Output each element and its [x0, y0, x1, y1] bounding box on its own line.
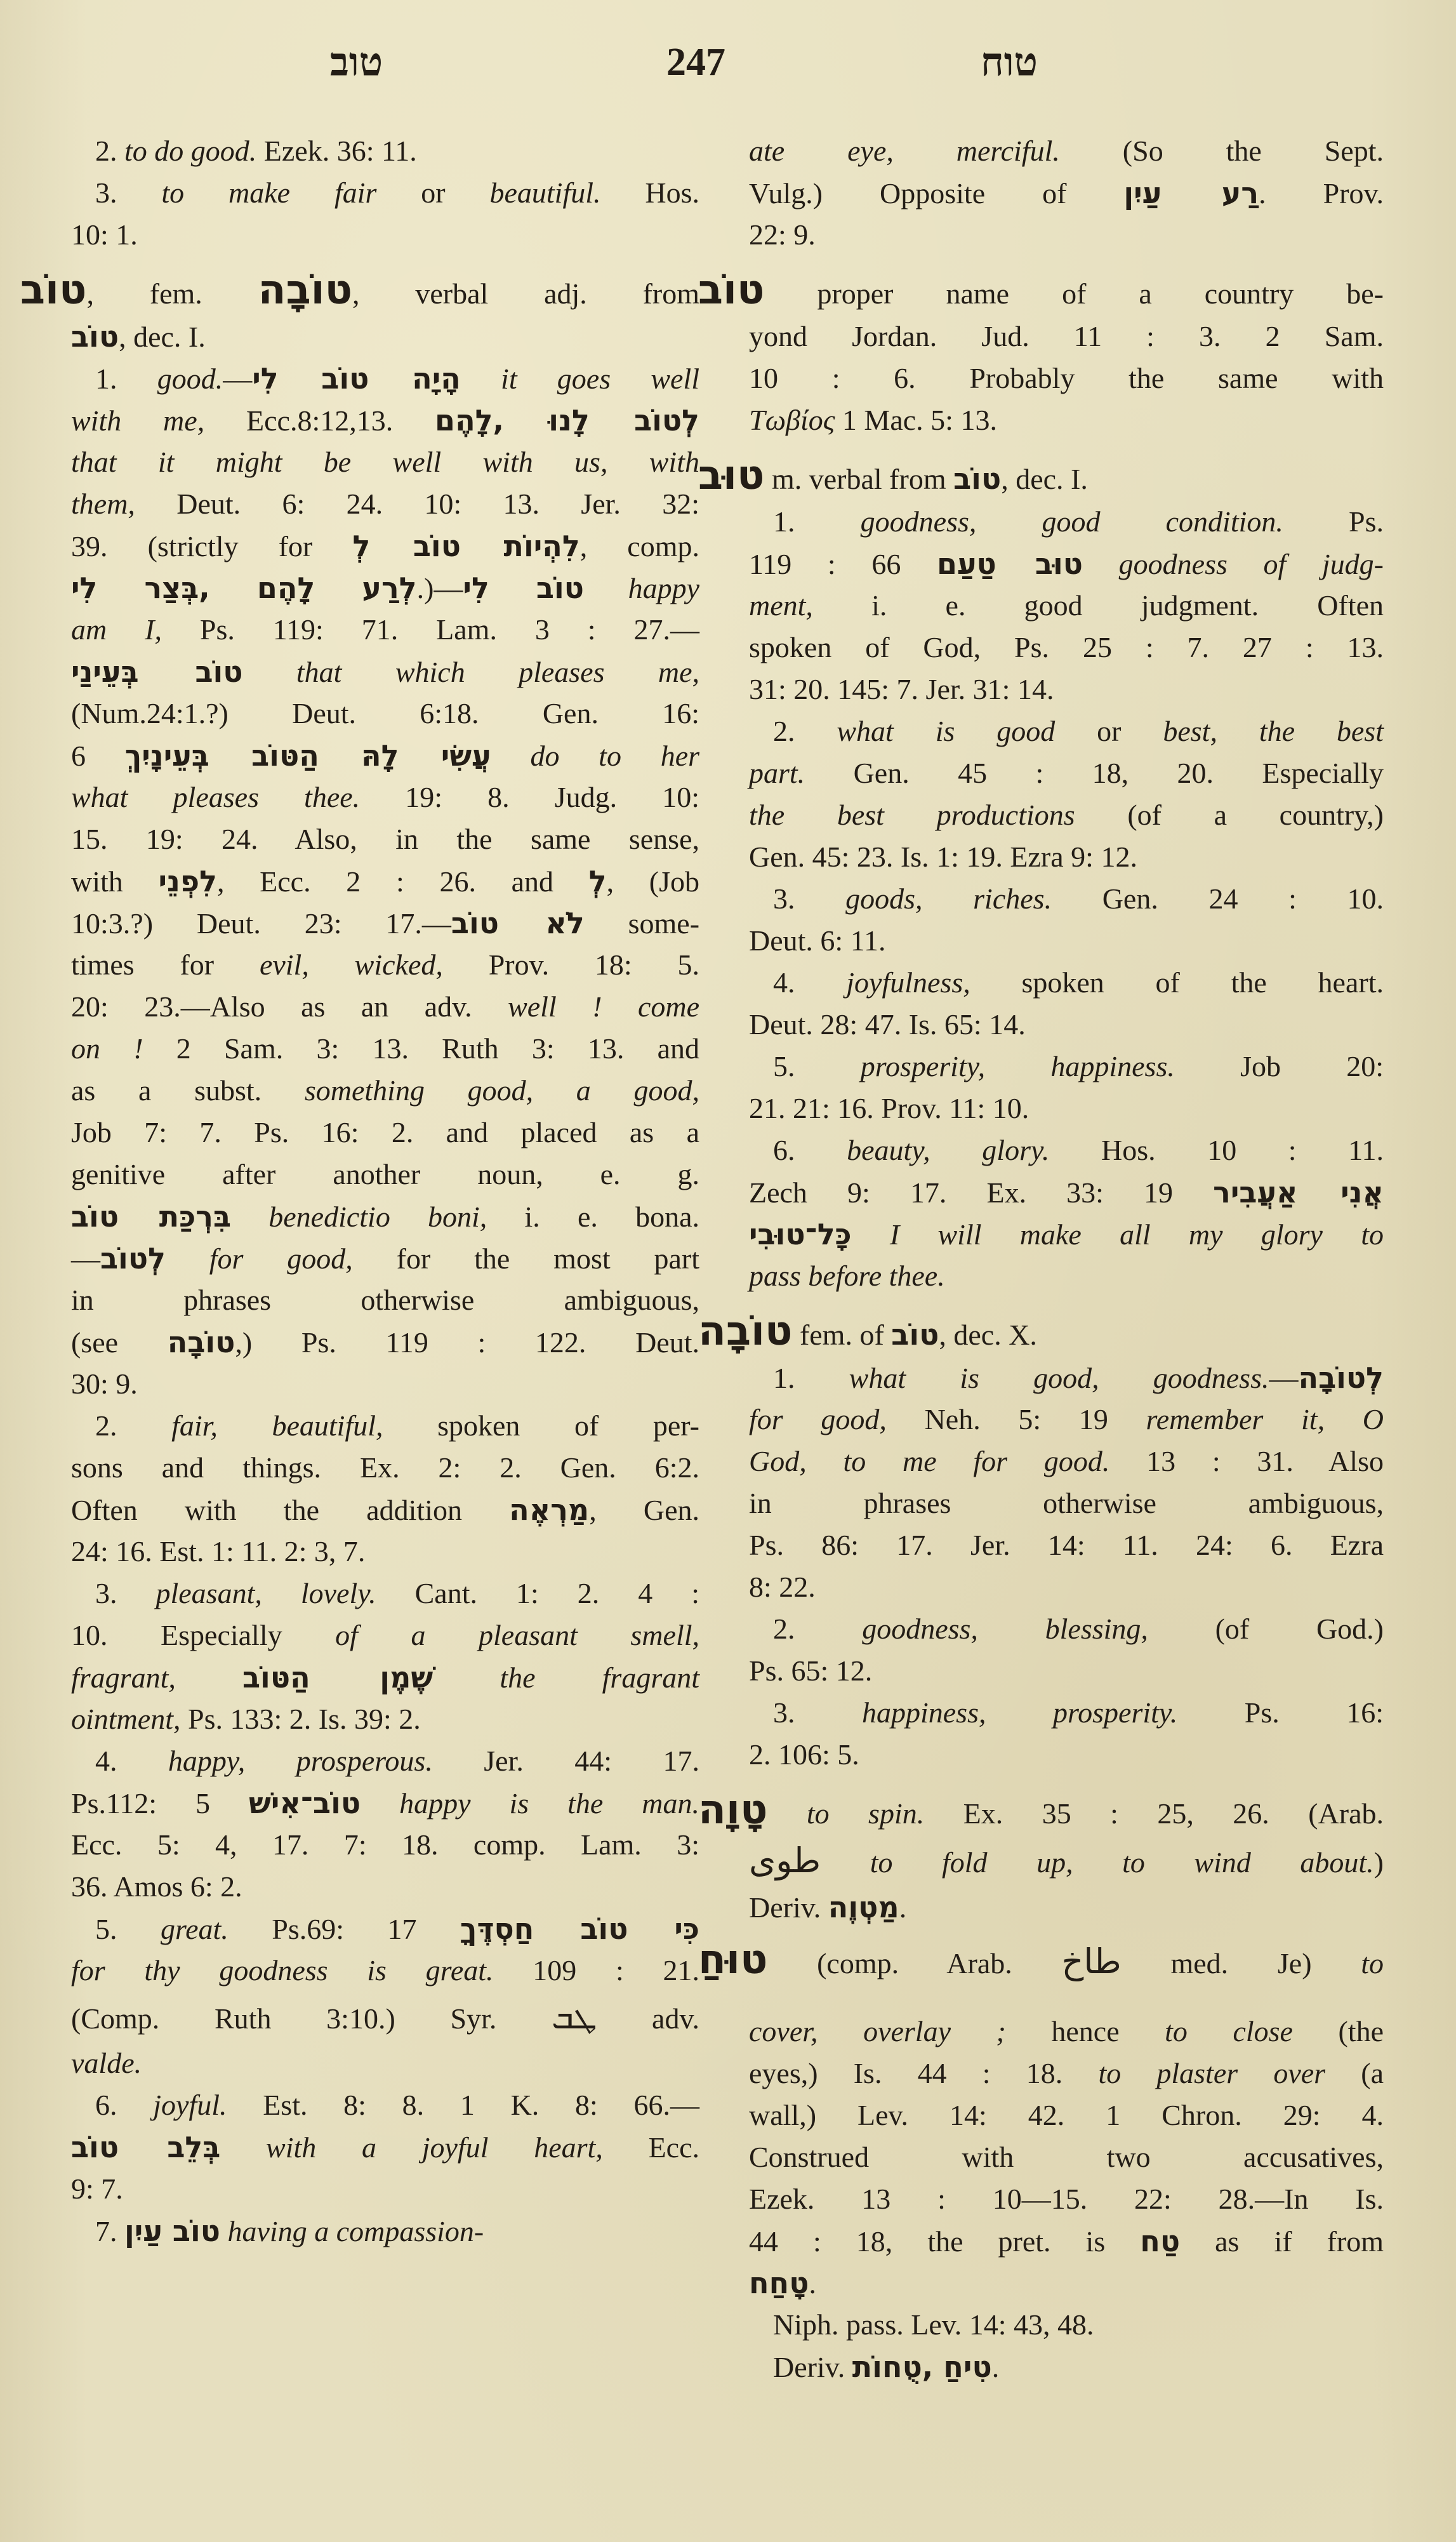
- text-line: 10: 1.: [71, 214, 699, 256]
- text-line: 3. happiness, prosperity. Ps. 16:: [749, 1692, 1384, 1734]
- text-line: Gen. 45: 23. Is. 1: 19. Ezra 9: 12.: [749, 836, 1384, 878]
- text-line: 15. 19: 24. Also, in the same sense,: [71, 818, 699, 860]
- text-line: 119 : 66 טוּב טַעַם goodness of judg-: [749, 543, 1384, 585]
- text-line: on ! 2 Sam. 3: 13. Ruth 3: 13. and: [71, 1028, 699, 1070]
- text-line: 2. goodness, blessing, (of God.): [749, 1608, 1384, 1650]
- text-line: 6 עֲשִׂי לָהּ הַטּוֹב בְּעֵינָיִךְ do to…: [71, 735, 699, 776]
- text-line: as a subst. something good, a good,: [71, 1070, 699, 1112]
- text-line: pass before thee.: [749, 1255, 1384, 1297]
- text-line: טָחַח.: [749, 2262, 1384, 2304]
- text-line: 4. joyfulness, spoken of the heart.: [749, 962, 1384, 1004]
- text-line: eyes,) Is. 44 : 18. to plaster over (a: [749, 2053, 1384, 2094]
- text-line: Construed with two accusatives,: [749, 2136, 1384, 2178]
- text-line: טוֹב, fem. טוֹבָה, verbal adj. from: [20, 265, 699, 316]
- text-line: fragrant, שֶׁמֶן הַטּוֹב the fragrant: [71, 1656, 699, 1698]
- text-line: 1. good.—הָיָה טוֹב לִי it goes well: [71, 357, 699, 399]
- text-line: 31: 20. 145: 7. Jer. 31: 14.: [749, 669, 1384, 710]
- text-line: Often with the addition מַרְאֶה, Gen.: [71, 1489, 699, 1531]
- text-line: for good, Neh. 5: 19 remember it, O: [749, 1399, 1384, 1441]
- text-line: 4. happy, prosperous. Jer. 44: 17.: [71, 1740, 699, 1782]
- text-line: 5. prosperity, happiness. Job 20:: [749, 1046, 1384, 1088]
- page-number: 247: [666, 37, 725, 88]
- text-line: wall,) Lev. 14: 42. 1 Chron. 29: 4.: [749, 2094, 1384, 2136]
- text-line: ointment, Ps. 133: 2. Is. 39: 2.: [71, 1698, 699, 1740]
- text-line: (Comp. Ruth 3:10.) Syr. ܛܒ adv.: [71, 1992, 699, 2042]
- text-line: Vulg.) Opposite of רַע עַיִן. Prov.: [749, 172, 1384, 214]
- text-line: טָוָה to spin. Ex. 35 : 25, 26. (Arab.: [698, 1785, 1384, 1835]
- text-line: 8: 22.: [749, 1566, 1384, 1608]
- text-line: 20: 23.—Also as an adv. well ! come: [71, 986, 699, 1028]
- text-line: am I, Ps. 119: 71. Lam. 3 : 27.—: [71, 609, 699, 651]
- text-line: Ezek. 13 : 10—15. 22: 28.—In Is.: [749, 2178, 1384, 2220]
- right-column: ate eye, merciful. (So the Sept.Vulg.) O…: [749, 130, 1384, 2388]
- text-line: טוֹב, dec. I.: [71, 316, 699, 357]
- text-line: 30: 9.: [71, 1363, 699, 1405]
- text-line: Ps. 86: 17. Jer. 14: 11. 24: 6. Ezra: [749, 1524, 1384, 1566]
- text-line: in phrases otherwise ambiguous,: [71, 1279, 699, 1321]
- text-line: God, to me for good. 13 : 31. Also: [749, 1441, 1384, 1482]
- text-line: 3. goods, riches. Gen. 24 : 10.: [749, 878, 1384, 920]
- text-line: طوى to fold up, to wind about.): [749, 1835, 1384, 1886]
- text-line: בִּרְכַּת טוֹב benedictio boni, i. e. bo…: [71, 1195, 699, 1237]
- text-line: 1. goodness, good condition. Ps.: [749, 501, 1384, 543]
- text-line: Job 7: 7. Ps. 16: 2. and placed as a: [71, 1112, 699, 1154]
- text-line: 6. joyful. Est. 8: 8. 1 K. 8: 66.—: [71, 2084, 699, 2126]
- text-line: 3. to make fair or beautiful. Hos.: [71, 172, 699, 214]
- left-guide-word: טוב: [330, 37, 383, 88]
- text-line: with לִפְנֵי, Ecc. 2 : 26. and לְ, (Job: [71, 860, 699, 902]
- text-line: 22: 9.: [749, 214, 1384, 256]
- text-line: 2. 106: 5.: [749, 1734, 1384, 1776]
- text-line: 36. Amos 6: 2.: [71, 1866, 699, 1908]
- text-line: 2. fair, beautiful, spoken of per-: [71, 1405, 699, 1447]
- text-line: 10:3.?) Deut. 23: 17.—לֹא טוֹב some-: [71, 902, 699, 944]
- text-line: טוֹבָה fem. of טוֹב, dec. X.: [698, 1306, 1384, 1357]
- dictionary-page: טוב 247 טוח 2. to do good. Ezek. 36: 11.…: [0, 0, 1456, 2542]
- text-line: (Num.24:1.?) Deut. 6:18. Gen. 16:: [71, 693, 699, 735]
- text-line: sons and things. Ex. 2: 2. Gen. 6:2.: [71, 1447, 699, 1489]
- text-line: that it might be well with us, with: [71, 441, 699, 483]
- text-line: 2. to do good. Ezek. 36: 11.: [71, 130, 699, 172]
- text-line: Deut. 28: 47. Is. 65: 14.: [749, 1004, 1384, 1046]
- text-line: spoken of God, Ps. 25 : 7. 27 : 13.: [749, 627, 1384, 669]
- text-line: valde.: [71, 2042, 699, 2084]
- text-line: the best productions (of a country,): [749, 794, 1384, 836]
- text-line: ate eye, merciful. (So the Sept.: [749, 130, 1384, 172]
- text-line: 2. what is good or best, the best: [749, 710, 1384, 752]
- left-column: 2. to do good. Ezek. 36: 11.3. to make f…: [71, 130, 699, 2252]
- text-line: כָּל־טוּבִי I will make all my glory to: [749, 1213, 1384, 1255]
- text-line: 10 : 6. Probably the same with: [749, 357, 1384, 399]
- text-line: 44 : 18, the pret. is טַח as if from: [749, 2220, 1384, 2262]
- text-line: טוֹב proper name of a country be-: [698, 265, 1384, 316]
- text-line: (see טוֹבָה,) Ps. 119 : 122. Deut.: [71, 1321, 699, 1363]
- text-line: 3. pleasant, lovely. Cant. 1: 2. 4 :: [71, 1573, 699, 1614]
- text-line: 21. 21: 16. Prov. 11: 10.: [749, 1088, 1384, 1129]
- text-line: genitive after another noun, e. g.: [71, 1154, 699, 1195]
- text-line: Niph. pass. Lev. 14: 43, 48.: [749, 2304, 1384, 2346]
- text-line: them, Deut. 6: 24. 10: 13. Jer. 32:: [71, 483, 699, 525]
- text-line: —לְטוֹב for good, for the most part: [71, 1237, 699, 1279]
- text-line: Ps. 65: 12.: [749, 1650, 1384, 1692]
- text-line: טוּחַ (comp. Arab. طاخ med. Je) to: [698, 1928, 1384, 2011]
- text-line: 39. (strictly for לִהְיוֹת טוֹב לְ, comp…: [71, 525, 699, 567]
- text-line: Deriv. מַטְוֶה.: [749, 1886, 1384, 1928]
- text-line: times for evil, wicked, Prov. 18: 5.: [71, 944, 699, 986]
- text-line: Ps.112: 5 טוֹב־אִישׁ happy is the man.: [71, 1782, 699, 1824]
- text-line: cover, overlay ; hence to close (the: [749, 2011, 1384, 2053]
- text-line: 6. beauty, glory. Hos. 10 : 11.: [749, 1129, 1384, 1171]
- text-line: טוֹב בְּעֵינַי that which pleases me,: [71, 651, 699, 693]
- text-line: טוּב m. verbal from טוֹב, dec. I.: [698, 450, 1384, 501]
- right-guide-word: טוח: [981, 37, 1038, 88]
- text-line: Deriv. טִיחַ ,טֻחוֹת.: [749, 2346, 1384, 2388]
- text-line: לְרַע לָהֶם ,בְּצַר לִי.)—טוֹב לִי happy: [71, 567, 699, 609]
- text-line: Ecc. 5: 4, 17. 7: 18. comp. Lam. 3:: [71, 1824, 699, 1866]
- text-line: 1. what is good, goodness.—לְטוֹבָה: [749, 1357, 1384, 1399]
- text-line: part. Gen. 45 : 18, 20. Especially: [749, 752, 1384, 794]
- text-line: בְּלֵב טוֹב with a joyful heart, Ecc.: [71, 2126, 699, 2168]
- text-line: 5. great. Ps.69: 17 כִּי טוֹב חַסְדֶּךָ: [71, 1908, 699, 1950]
- text-line: 7. טוֹב עַיִן having a compassion-: [71, 2210, 699, 2252]
- text-line: ment, i. e. good judgment. Often: [749, 585, 1384, 627]
- text-line: 10. Especially of a pleasant smell,: [71, 1614, 699, 1656]
- text-line: Deut. 6: 11.: [749, 920, 1384, 962]
- text-line: Τωβίος 1 Mac. 5: 13.: [749, 399, 1384, 441]
- text-line: what pleases thee. 19: 8. Judg. 10:: [71, 776, 699, 818]
- text-line: Zech 9: 17. Ex. 33: 19 אֲנִי אַעֲבִיר: [749, 1171, 1384, 1213]
- running-header: טוב 247 טוח: [0, 37, 1456, 88]
- text-line: with me, Ecc.8:12,13. לְטוֹב לָנוּ ,לָהֶ…: [71, 399, 699, 441]
- text-line: in phrases otherwise ambiguous,: [749, 1482, 1384, 1524]
- text-line: 24: 16. Est. 1: 11. 2: 3, 7.: [71, 1531, 699, 1573]
- text-line: yond Jordan. Jud. 11 : 3. 2 Sam.: [749, 316, 1384, 357]
- text-line: for thy goodness is great. 109 : 21.: [71, 1950, 699, 1992]
- text-line: 9: 7.: [71, 2168, 699, 2210]
